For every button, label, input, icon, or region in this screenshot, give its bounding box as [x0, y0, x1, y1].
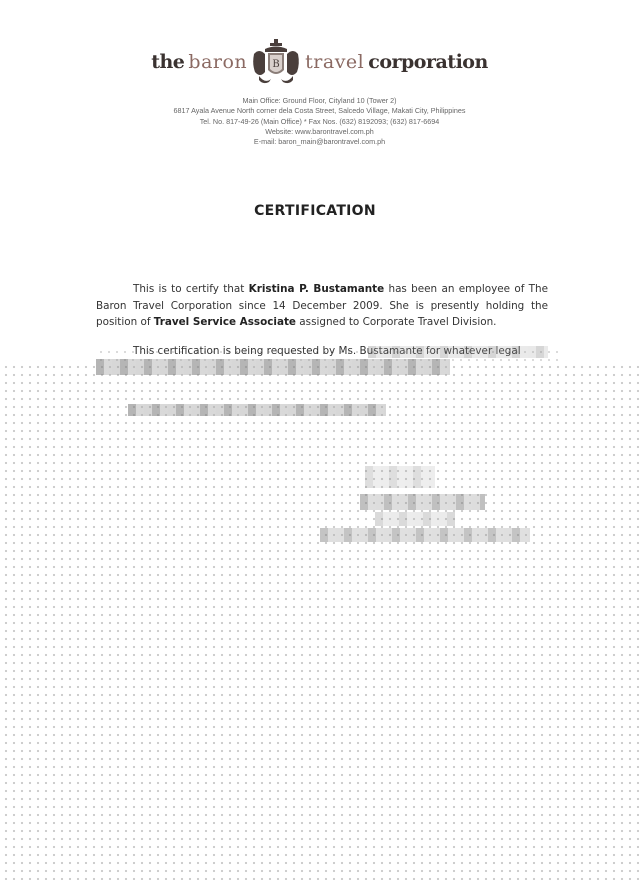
redacted-closing-line [128, 404, 386, 416]
logo-word-the: the [151, 51, 184, 73]
paragraph1-suffix: assigned to Corporate Travel Division. [296, 316, 497, 328]
logo-word-baron: baron [188, 51, 247, 73]
letterhead: the baron B travel corporation Main Offi… [0, 38, 639, 147]
redacted-signatory-detail [375, 512, 455, 526]
logo-word-corporation: corporation [368, 51, 488, 73]
redacted-signatory-name [360, 494, 485, 510]
heraldic-crest-icon: B [251, 38, 301, 86]
address-line-website: Website: www.barontravel.com.ph [0, 127, 639, 137]
redacted-signatory-title [320, 528, 530, 542]
employee-position: Travel Service Associate [154, 316, 296, 328]
company-address: Main Office: Ground Floor, Cityland 10 (… [0, 96, 639, 147]
address-line-main-office: Main Office: Ground Floor, Cityland 10 (… [0, 96, 639, 106]
paragraph1-prefix: This is to certify that [133, 283, 249, 295]
company-logo: the baron B travel corporation [0, 38, 639, 86]
document-title: CERTIFICATION [0, 203, 630, 219]
address-line-phone-fax: Tel. No. 817-49-26 (Main Office) * Fax N… [0, 117, 639, 127]
redacted-text-line [96, 359, 450, 375]
svg-text:B: B [272, 59, 279, 70]
employee-name: Kristina P. Bustamante [249, 283, 385, 295]
background-dot-pattern [0, 360, 639, 880]
logo-word-travel: travel [305, 51, 364, 73]
redacted-signature [365, 466, 435, 488]
address-line-email: E-mail: baron_main@barontravel.com.ph [0, 137, 639, 147]
redacted-text-tail [368, 346, 548, 358]
certification-paragraph: This is to certify that Kristina P. Bust… [96, 281, 548, 331]
address-line-street: 6817 Ayala Avenue North corner dela Cost… [0, 106, 639, 116]
